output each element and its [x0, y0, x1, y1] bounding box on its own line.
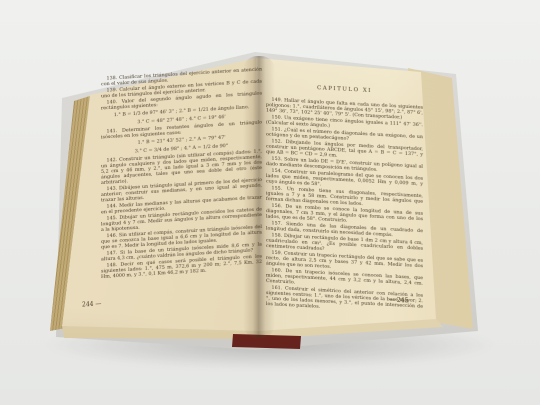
left-page-text: 138. Clasificar los triángulos del ejerc…	[101, 66, 262, 280]
left-page-number: 244 —	[82, 300, 101, 308]
right-page-paragraphs: 149. Hallar el ángulo que falta en cada …	[266, 97, 423, 315]
right-page-text: CAPITULO XI 149. Hallar el ángulo que fa…	[266, 82, 423, 316]
right-page-number: — 245	[389, 296, 408, 304]
photo-background: 138. Clasificar los triángulos del ejerc…	[0, 0, 540, 405]
